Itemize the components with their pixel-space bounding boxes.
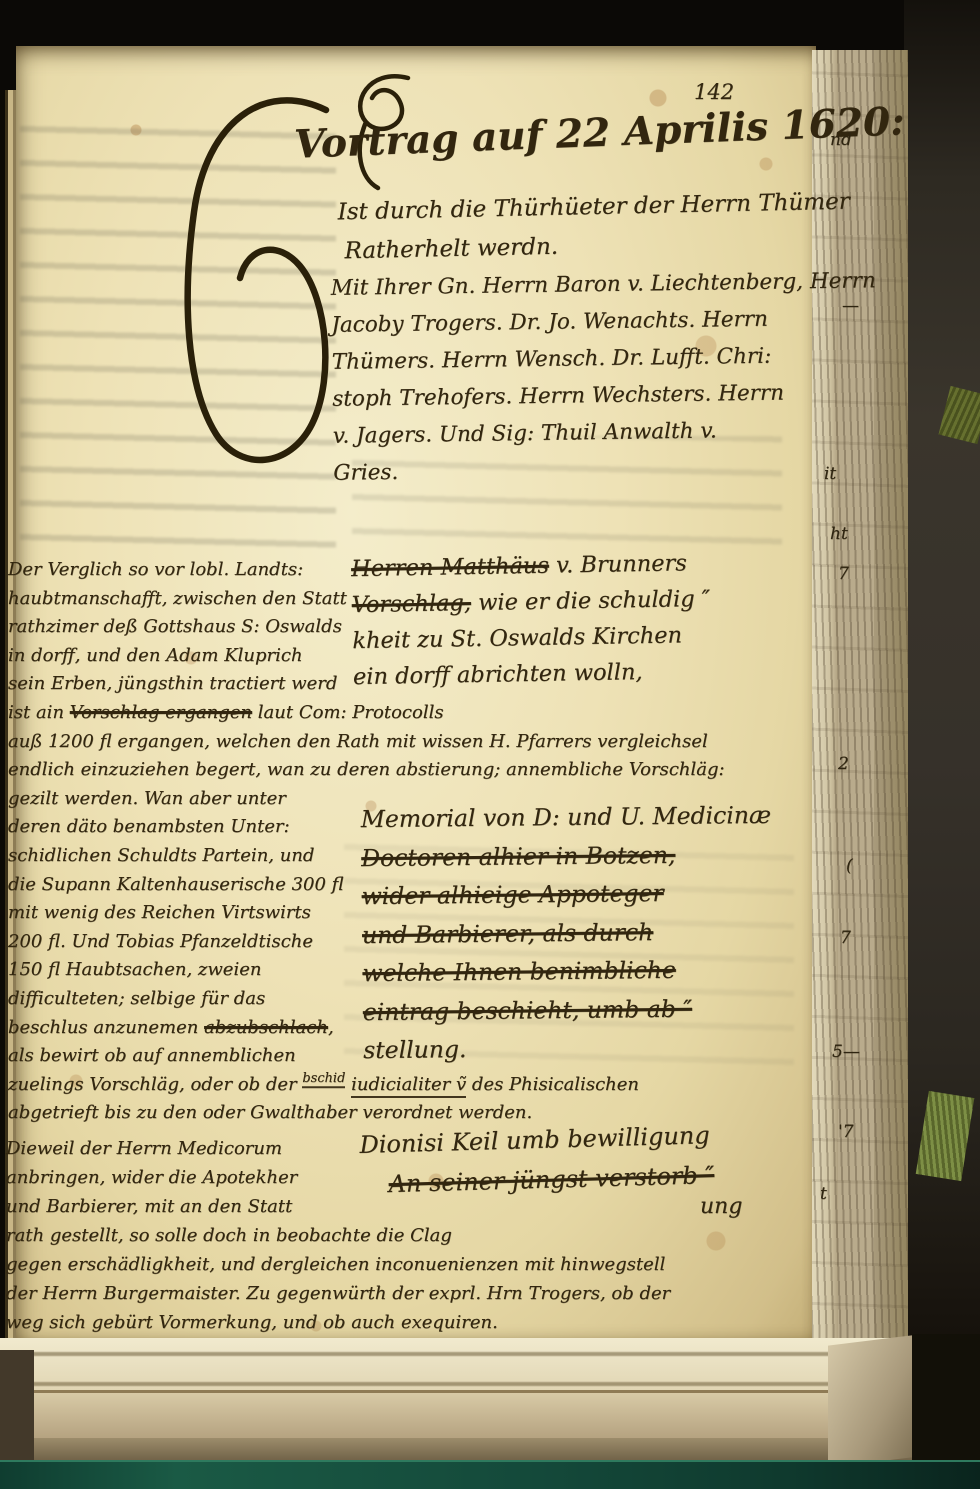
dark-background-right: [904, 0, 980, 1489]
agenda-entry-memorial: Memorial von D: und U. Medicinæ Doctoren…: [361, 796, 774, 1070]
manuscript-photo: 142 Vortrag auf 22 Aprilis 1620: Ist dur…: [0, 0, 980, 1489]
resolution-line: Dieweil der Herrn Medicorum: [6, 1134, 670, 1163]
dark-corner: [912, 1334, 980, 1464]
bottom-left-shadow: [0, 1350, 34, 1460]
edge-ink-fragment: 2: [838, 754, 849, 774]
margin-line: auß 1200 fl ergangen, welchen den Rath m…: [8, 728, 725, 757]
edge-ink-fragment: 5—: [832, 1042, 860, 1062]
struck-entry-line: wider alhieige Appoteger: [361, 873, 772, 916]
superscript-insertion: bschid: [302, 1073, 345, 1088]
struck-entry-line: welche Ihnen benimbliche: [362, 950, 773, 993]
struck-text: Herren Matthäus: [351, 553, 549, 582]
struck-entry-lines: Doctoren alhier in Botzen,wider alhieige…: [361, 834, 773, 1031]
struck-entry-line: Doctoren alhier in Botzen,: [361, 834, 772, 877]
underlined-text: iudicialiter ṽ: [351, 1074, 466, 1098]
bottom-page-edges: [0, 1438, 912, 1462]
resolution-line: gegen erschädligkheit, und dergleichen i…: [6, 1250, 670, 1279]
bottom-page-edges: [0, 1338, 912, 1390]
page-number: 142: [694, 80, 734, 104]
agenda-entry-oswald: Herren Matthäus v. Brunners Vorschlag, w…: [351, 545, 712, 695]
resolution-line: anbringen, wider die Apotekher: [6, 1163, 670, 1192]
struck-text: Vorschlag ergangen: [70, 702, 252, 723]
entry-line: stellung.: [363, 1027, 774, 1070]
resolution-note-block: Dieweil der Herrn Medicorumanbringen, wi…: [6, 1134, 670, 1337]
edge-ink-fragment: t: [820, 1184, 827, 1204]
resolution-line: weg sich gebürt Vormerkung, und ob auch …: [6, 1308, 670, 1337]
edge-ink-fragment: —: [842, 296, 859, 316]
catchword: ung: [700, 1194, 742, 1219]
attendee-line: Gries.: [333, 447, 879, 492]
edge-ink-fragment: 7: [840, 928, 851, 948]
edge-ink-fragment: it: [824, 464, 836, 484]
margin-line-insertion: zuelings Vorschläg, oder ob der bschid i…: [8, 1071, 725, 1100]
table-surface: [0, 1460, 980, 1489]
attendee-list: Mit Ihrer Gn. Herrn Baron v. Liechtenber…: [330, 262, 878, 492]
struck-text: abzubschlach: [204, 1017, 328, 1038]
resolution-line: und Barbierer, mit an den Statt: [6, 1192, 670, 1221]
margin-line-corrected: ist ain Vorschlag ergangen laut Com: Pro…: [8, 699, 725, 728]
struck-entry-line: eintrag beschieht, umb ab ″: [363, 988, 774, 1031]
edge-ink-fragment: nd: [830, 130, 852, 150]
subheading: Ist durch die Thürhüeter der Herrn Thüme…: [337, 183, 851, 272]
resolution-line: rath gestellt, so solle doch in beobacht…: [6, 1221, 670, 1250]
edge-ink-fragment: 7: [838, 564, 849, 584]
struck-entry-line: und Barbierer, als durch: [362, 911, 773, 954]
edge-ink-fragment: ht: [830, 524, 848, 544]
resolution-line: der Herrn Burgermaister. Zu gegenwürth d…: [6, 1279, 670, 1308]
damaged-corner-fold: [828, 1334, 920, 1467]
margin-line: endlich einzuziehen begert, wan zu deren…: [8, 756, 725, 785]
edge-ink-fragment: '7: [838, 1122, 854, 1142]
bottom-page-edges: [0, 1390, 912, 1441]
edge-ink-fragment: (: [846, 856, 853, 876]
attendee-line: Mit Ihrer Gn. Herrn Baron v. Liechtenber…: [330, 262, 876, 307]
struck-text: Vorschlag,: [351, 590, 471, 618]
entry-line: Memorial von D: und U. Medicinæ: [361, 796, 772, 839]
